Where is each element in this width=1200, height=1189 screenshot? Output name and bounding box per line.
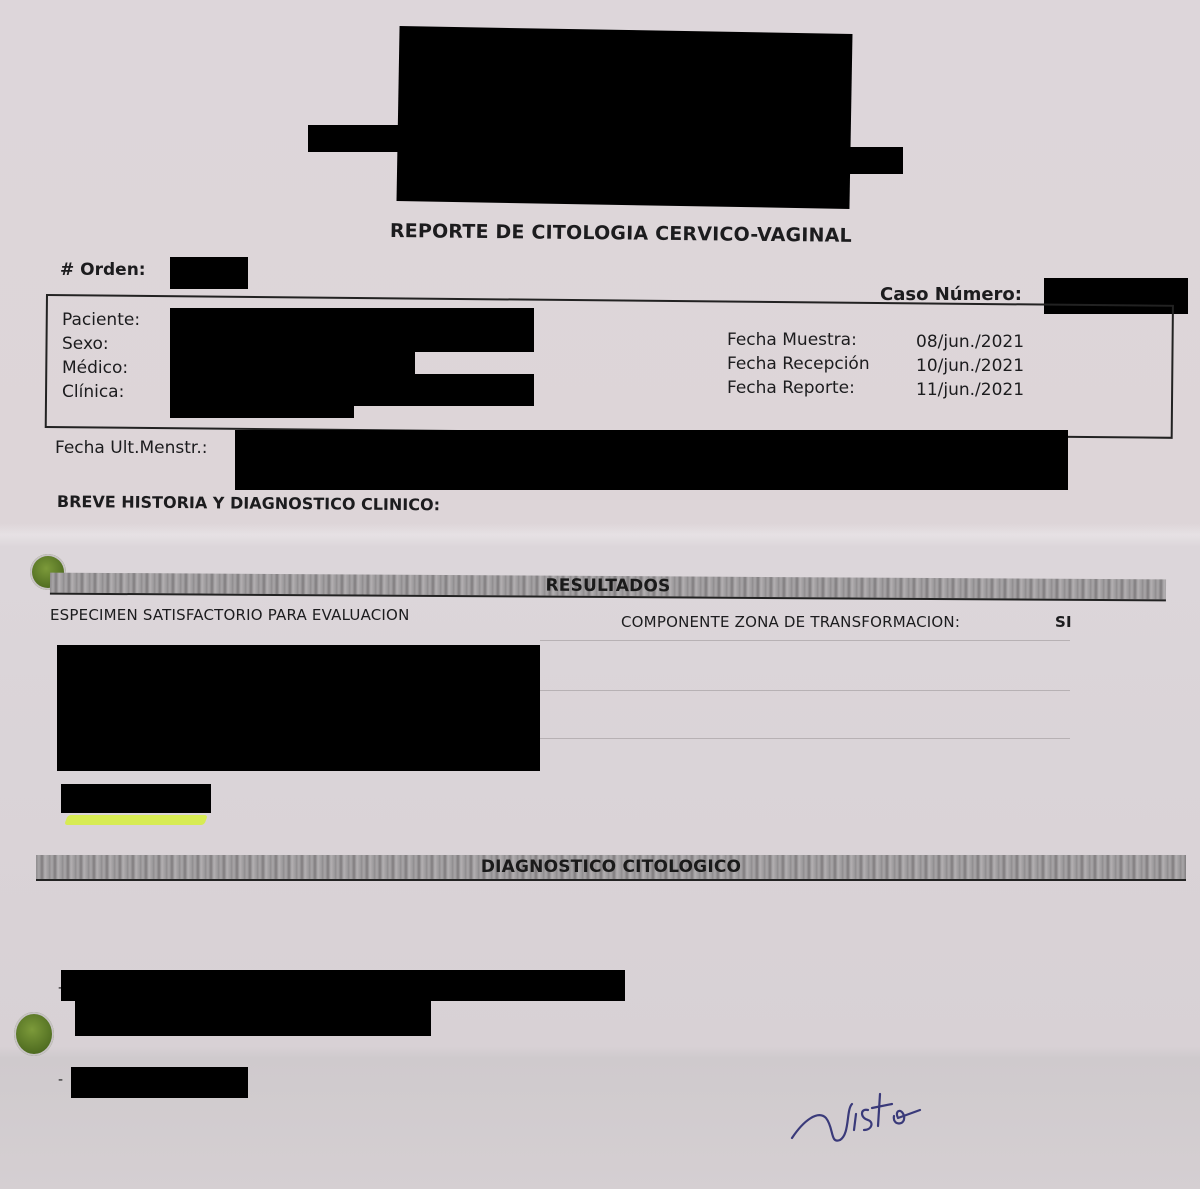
diagnosis-line-2-redacted bbox=[75, 999, 431, 1036]
clinic-label: Clínica: bbox=[62, 380, 140, 404]
clinic-value-redacted bbox=[170, 404, 354, 418]
doctor-clinic-values-redacted bbox=[170, 374, 534, 406]
specimen-status: ESPECIMEN SATISFACTORIO PARA EVALUACION bbox=[50, 606, 410, 624]
history-heading: BREVE HISTORIA Y DIAGNOSTICO CLINICO: bbox=[57, 492, 440, 514]
last-menstruation-redacted bbox=[235, 430, 1068, 490]
highlighter-mark bbox=[64, 815, 208, 825]
sex-label: Sexo: bbox=[62, 332, 140, 356]
reception-date-value: 10/jun./2021 bbox=[916, 354, 1024, 378]
date-field-labels: Fecha Muestra: Fecha Recepción Fecha Rep… bbox=[727, 328, 870, 400]
report-date-value: 11/jun./2021 bbox=[916, 378, 1024, 402]
faint-rule-1 bbox=[540, 640, 1070, 641]
diagnosis-line-3-redacted bbox=[71, 1067, 248, 1098]
redacted-letterhead bbox=[397, 26, 853, 209]
sample-date-label: Fecha Muestra: bbox=[727, 328, 870, 352]
patient-field-labels: Paciente: Sexo: Médico: Clínica: bbox=[62, 308, 140, 404]
faint-rule-2 bbox=[540, 690, 1070, 691]
redacted-letterhead-right bbox=[846, 147, 903, 174]
reception-date-label: Fecha Recepción bbox=[727, 352, 870, 376]
results-heading: RESULTADOS bbox=[545, 576, 670, 597]
order-value-redacted bbox=[170, 257, 248, 289]
order-label: # Orden: bbox=[60, 260, 146, 280]
dash-2: - bbox=[58, 1072, 63, 1088]
doctor-label: Médico: bbox=[62, 356, 140, 380]
faint-rule-3 bbox=[540, 738, 1070, 739]
report-date-label: Fecha Reporte: bbox=[727, 376, 870, 400]
patient-label: Paciente: bbox=[62, 308, 140, 332]
transformation-zone-label: COMPONENTE ZONA DE TRANSFORMACION: bbox=[621, 613, 960, 631]
diagnosis-heading: DIAGNOSTICO CITOLOGICO bbox=[481, 857, 741, 877]
last-menstruation-label: Fecha Ult.Menstr.: bbox=[55, 436, 207, 460]
results-text-redacted bbox=[57, 645, 540, 771]
diagnosis-line-1-redacted bbox=[61, 970, 625, 1001]
handwritten-visto bbox=[780, 1070, 960, 1150]
transformation-zone-value: SI bbox=[1055, 613, 1072, 631]
date-field-values: 08/jun./2021 10/jun./2021 11/jun./2021 bbox=[916, 330, 1024, 402]
diagnosis-band: DIAGNOSTICO CITOLOGICO bbox=[36, 855, 1186, 881]
patient-values-redacted bbox=[170, 308, 534, 352]
sample-date-value: 08/jun./2021 bbox=[916, 330, 1024, 354]
sex-doctor-values-redacted bbox=[170, 350, 415, 376]
results-subtext-redacted bbox=[61, 784, 211, 813]
redacted-letterhead-left bbox=[308, 125, 403, 152]
punch-hole-bottom bbox=[14, 1012, 54, 1056]
